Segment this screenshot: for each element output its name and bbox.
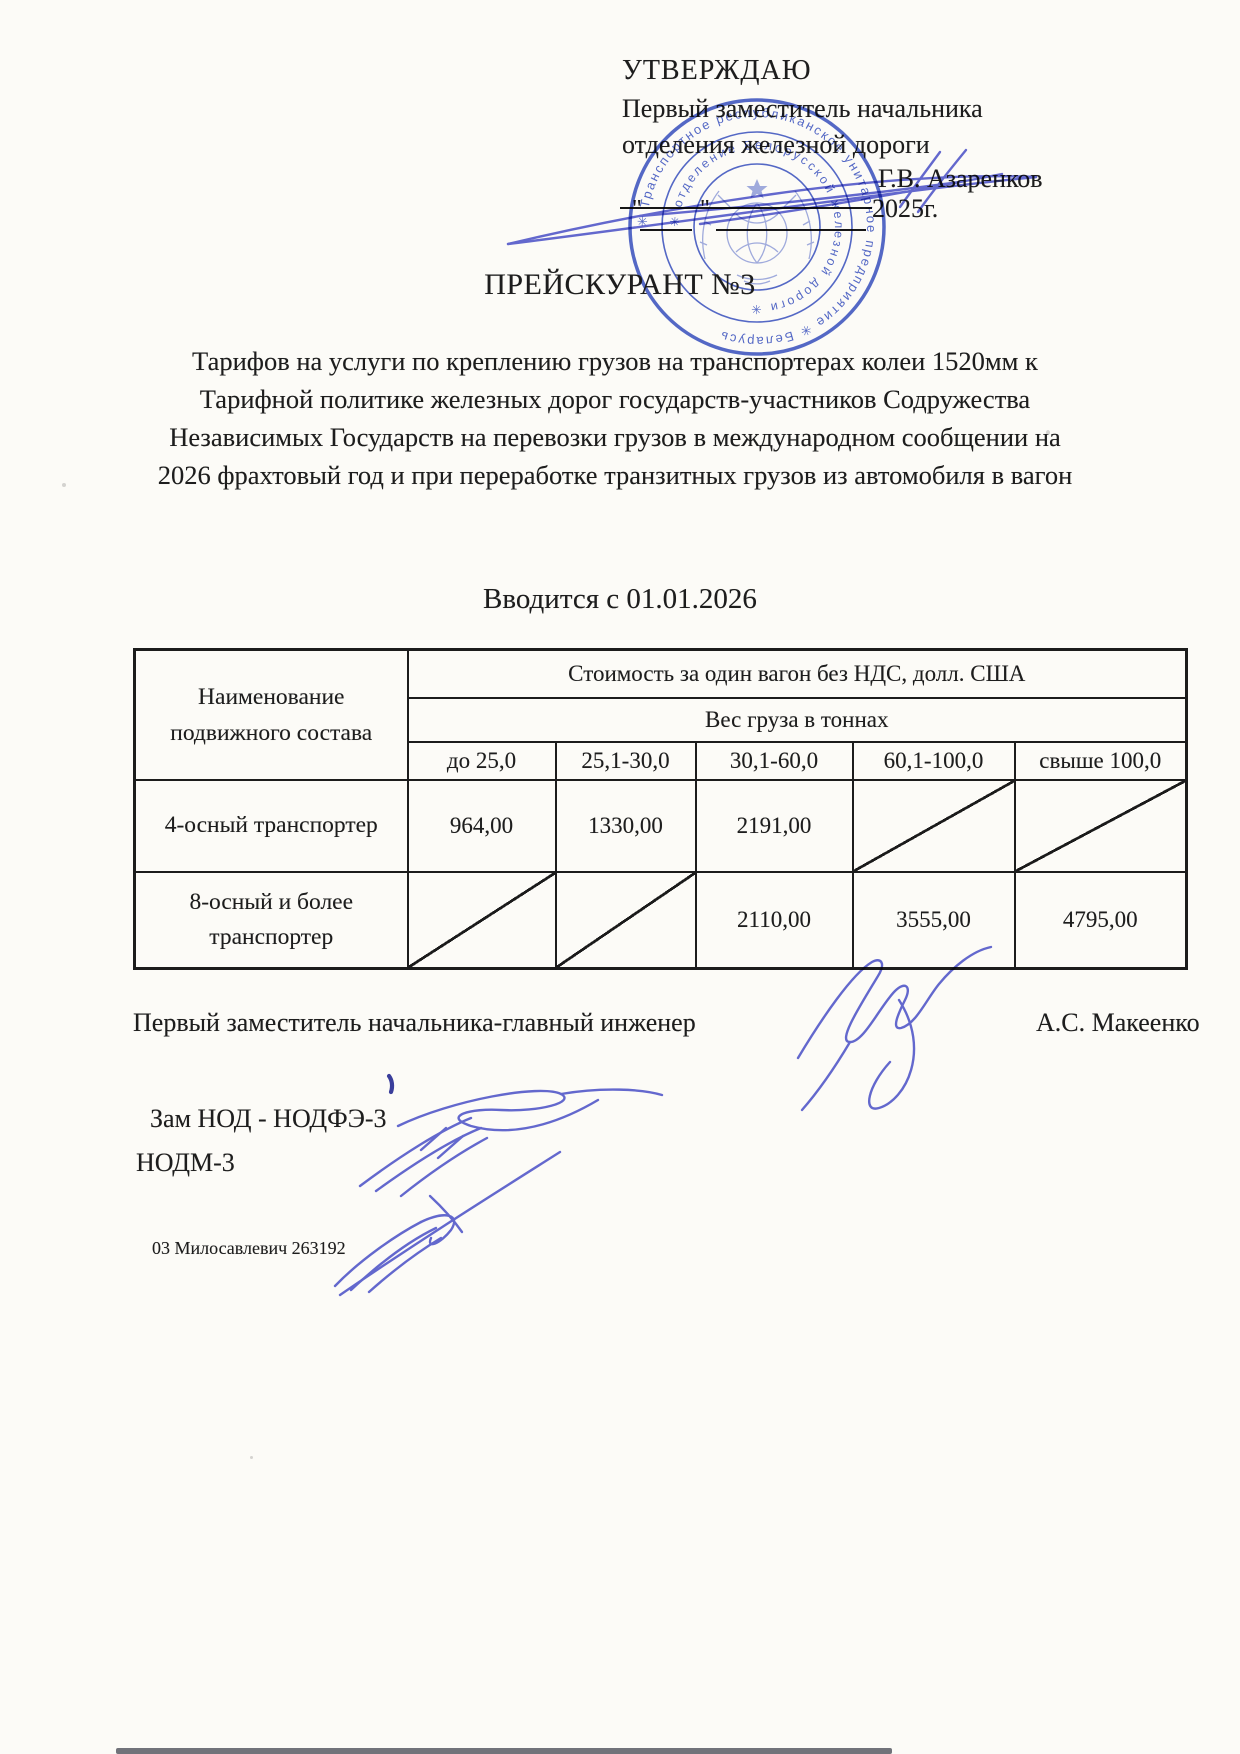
table-header-weight-col-5: свыше 100,0 [1015,742,1187,780]
executor-note: 03 Милосавлевич 263192 [152,1238,346,1259]
executor-signature [335,1152,560,1295]
zam-nod-line: Зам НОД - НОДФЭ-3 [150,1104,387,1134]
scan-speck [62,483,66,487]
chief-engineer-name: А.С. Макеенко [1036,1008,1200,1038]
approver-name: Г.В. Азаренков [878,164,1043,194]
row1-name: 4-осный транспортер [135,780,408,872]
row1-value-1: 964,00 [408,780,556,872]
row2-value-5: 4795,00 [1015,872,1187,969]
official-round-stamp: ✳ Транспортное республиканское унитарное… [622,92,892,362]
chief-engineer-title: Первый заместитель начальника-главный ин… [133,1008,696,1038]
approval-heading: УТВЕРЖДАЮ [622,55,811,87]
row1-value-2: 1330,00 [556,780,696,872]
row2-crossed-cell-1 [408,872,556,969]
row1-crossed-cell-4 [853,780,1015,872]
scan-speck [250,1456,253,1459]
document-description: Тарифов на услуги по креплению грузов на… [140,342,1090,495]
row1-crossed-cell-5 [1015,780,1187,872]
table-header-weight: Вес груза в тоннах [408,698,1187,742]
row2-name: 8-осный и более транспортер [135,872,408,969]
table-row: 4-осный транспортер 964,00 1330,00 2191,… [135,780,1187,872]
row1-value-3: 2191,00 [696,780,853,872]
table-row: 8-осный и более транспортер 2110,00 3555… [135,872,1187,969]
chief-engineer-signature [798,947,991,1110]
table-header-weight-col-1: до 25,0 [408,742,556,780]
table-header-rolling-stock: Наименование подвижного состава [135,650,408,781]
document-title: ПРЕЙСКУРАНТ №3 [0,268,1240,302]
row2-crossed-cell-2 [556,872,696,969]
scan-speck [1046,430,1050,435]
zam-nod-signature [360,1090,662,1232]
pen-tick-mark [389,1076,392,1092]
row2-value-4: 3555,00 [853,872,1015,969]
table-header-weight-col-4: 60,1-100,0 [853,742,1015,780]
tariff-table: Наименование подвижного состава Стоимост… [133,648,1188,970]
table-header-weight-col-2: 25,1-30,0 [556,742,696,780]
effective-date-line: Вводится с 01.01.2026 [0,583,1240,616]
table-header-weight-col-3: 30,1-60,0 [696,742,853,780]
table-header-cost: Стоимость за один вагон без НДС, долл. С… [408,650,1187,699]
row2-value-3: 2110,00 [696,872,853,969]
scanner-edge-artifact [116,1748,892,1754]
document-page: УТВЕРЖДАЮ Первый заместитель начальника … [0,0,1240,1754]
stamp-ring-text: ✳ Транспортное республиканское унитарное… [635,105,879,349]
nodm-line: НОДМ-3 [136,1148,235,1178]
